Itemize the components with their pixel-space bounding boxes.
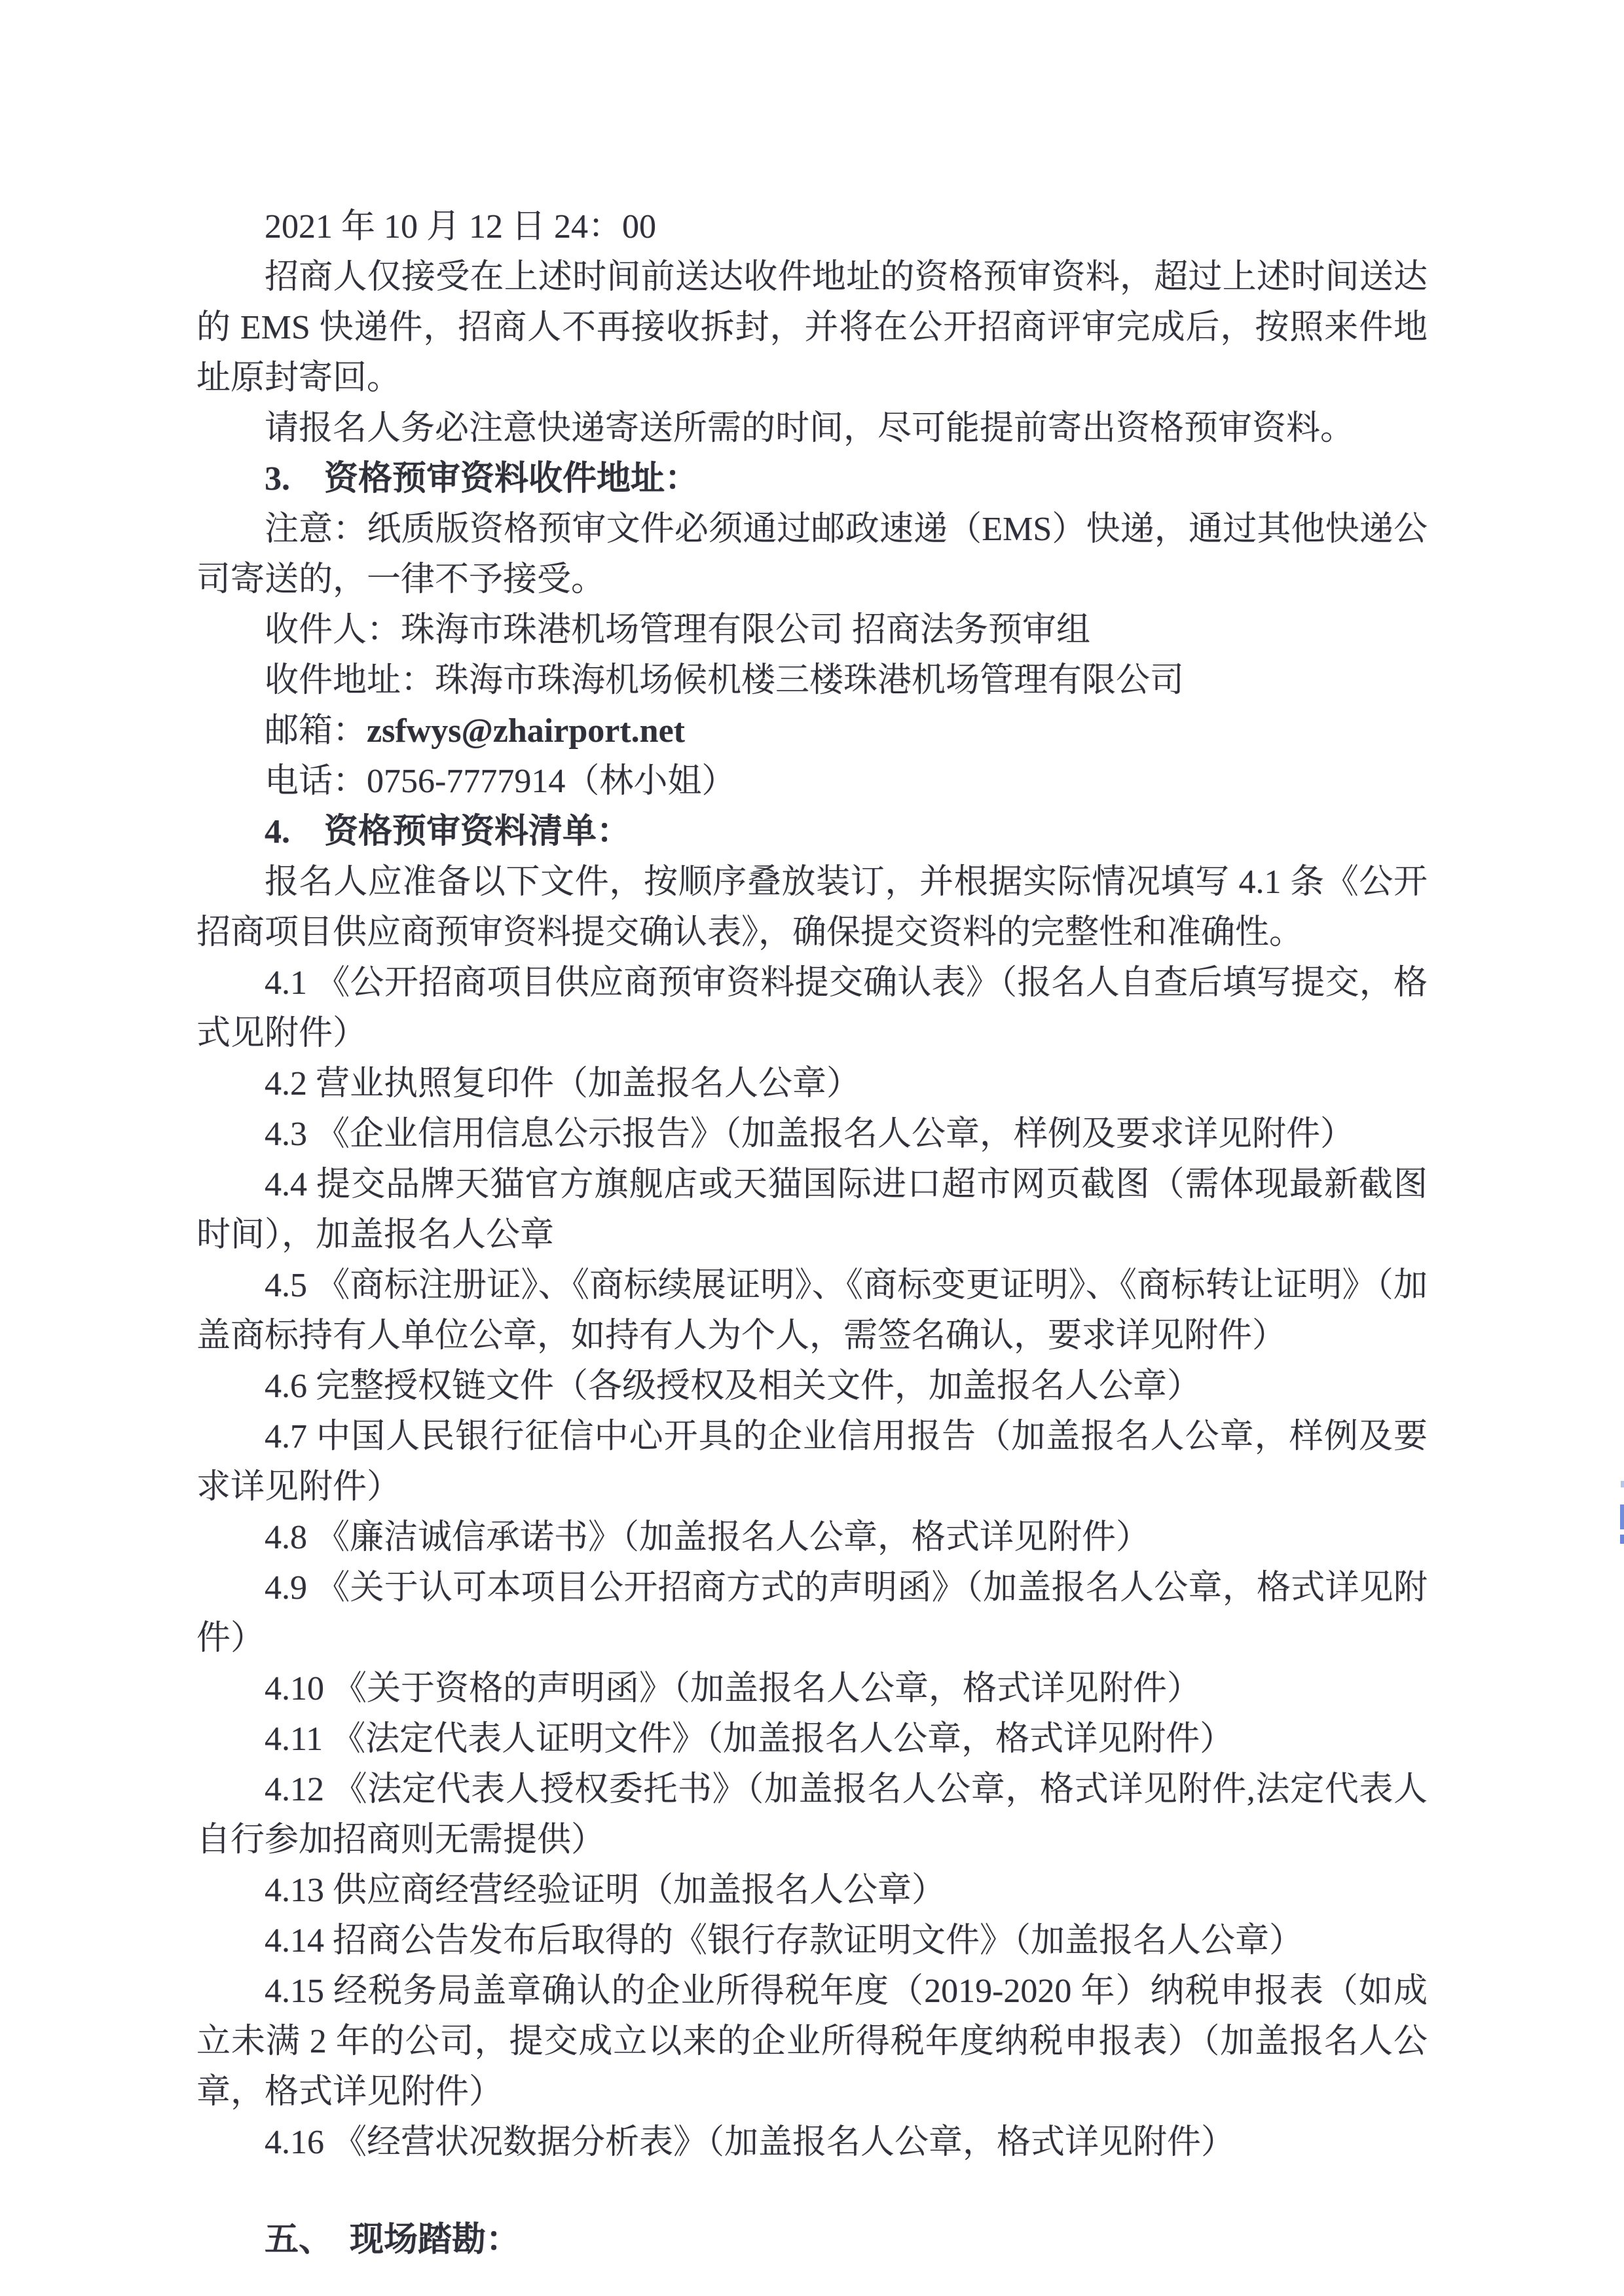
item-4-11: 4.11 《法定代表人证明文件》（加盖报名人公章，格式详见附件）: [196, 1714, 1428, 1764]
item-4-7: 4.7 中国人民银行征信中心开具的企业信用报告（加盖报名人公章，样例及要求详见附…: [196, 1412, 1428, 1512]
deadline-datetime: 2021 年 10 月 12 日 24：00: [196, 202, 1428, 252]
item-4-6: 4.6 完整授权链文件（各级授权及相关文件，加盖报名人公章）: [196, 1361, 1428, 1412]
item-4-13: 4.13 供应商经营经验证明（加盖报名人公章）: [196, 1865, 1428, 1916]
item-4-16: 4.16 《经营状况数据分析表》（加盖报名人公章，格式详见附件）: [196, 2117, 1428, 2168]
recipient-line: 收件人：珠海市珠港机场管理有限公司 招商法务预审组: [196, 605, 1428, 655]
item-4-2: 4.2 营业执照复印件（加盖报名人公章）: [196, 1059, 1428, 1109]
item-4-10: 4.10 《关于资格的声明函》（加盖报名人公章，格式详见附件）: [196, 1664, 1428, 1714]
scan-ink-mark: [1619, 1481, 1624, 1544]
blank-line: [196, 2168, 1428, 2215]
item-4-4: 4.4 提交品牌天猫官方旗舰店或天猫国际进口超市网页截图（需体现最新截图时间），…: [196, 1159, 1428, 1260]
paragraph-ems-only-note: 注意：纸质版资格预审文件必须通过邮政速递（EMS）快递，通过其他快递公司寄送的，…: [196, 504, 1428, 605]
paragraph-ems-acceptance-rule: 招商人仅接受在上述时间前送达收件地址的资格预审资料，超过上述时间送达的 EMS …: [196, 252, 1428, 403]
scan-ink-dash: [1620, 1504, 1624, 1529]
phone-line: 电话：0756-7777914（林小姐）: [196, 756, 1428, 807]
item-4-14: 4.14 招商公告发布后取得的《银行存款证明文件》（加盖报名人公章）: [196, 1916, 1428, 1966]
recipient-address-line: 收件地址：珠海市珠海机场候机楼三楼珠港机场管理有限公司: [196, 655, 1428, 706]
paragraph-list-intro: 报名人应准备以下文件，按顺序叠放装订，并根据实际情况填写 4.1 条《公开招商项…: [196, 857, 1428, 958]
section-5-heading: 五、 现场踏勘：: [196, 2215, 1428, 2265]
item-4-9: 4.9 《关于认可本项目公开招商方式的声明函》（加盖报名人公章，格式详见附件）: [196, 1563, 1428, 1664]
item-4-12: 4.12 《法定代表人授权委托书》（加盖报名人公章，格式详见附件,法定代表人自行…: [196, 1764, 1428, 1865]
item-4-8: 4.8 《廉洁诚信承诺书》（加盖报名人公章，格式详见附件）: [196, 1512, 1428, 1563]
email-label: 邮箱：: [265, 712, 367, 750]
scanned-document-page: 2021 年 10 月 12 日 24：00 招商人仅接受在上述时间前送达收件地…: [0, 0, 1624, 2296]
section-3-heading: 3. 资格预审资料收件地址：: [196, 454, 1428, 504]
item-4-1: 4.1 《公开招商项目供应商预审资料提交确认表》（报名人自查后填写提交，格式见附…: [196, 958, 1428, 1059]
scan-ink-dash: [1621, 1481, 1624, 1487]
item-4-5: 4.5 《商标注册证》、《商标续展证明》、《商标变更证明》、《商标转让证明》（加…: [196, 1260, 1428, 1361]
email-value: zsfwys@zhairport.net: [367, 712, 685, 750]
paragraph-mailing-time-reminder: 请报名人务必注意快递寄送所需的时间，尽可能提前寄出资格预审资料。: [196, 403, 1428, 454]
email-line: 邮箱：zsfwys@zhairport.net: [196, 706, 1428, 756]
document-body: 2021 年 10 月 12 日 24：00 招商人仅接受在上述时间前送达收件地…: [196, 202, 1428, 2265]
scan-ink-dash: [1620, 1535, 1624, 1544]
item-4-15: 4.15 经税务局盖章确认的企业所得税年度（2019-2020 年）纳税申报表（…: [196, 1966, 1428, 2117]
item-4-3: 4.3 《企业信用信息公示报告》（加盖报名人公章，样例及要求详见附件）: [196, 1109, 1428, 1159]
section-4-heading: 4. 资格预审资料清单：: [196, 807, 1428, 857]
